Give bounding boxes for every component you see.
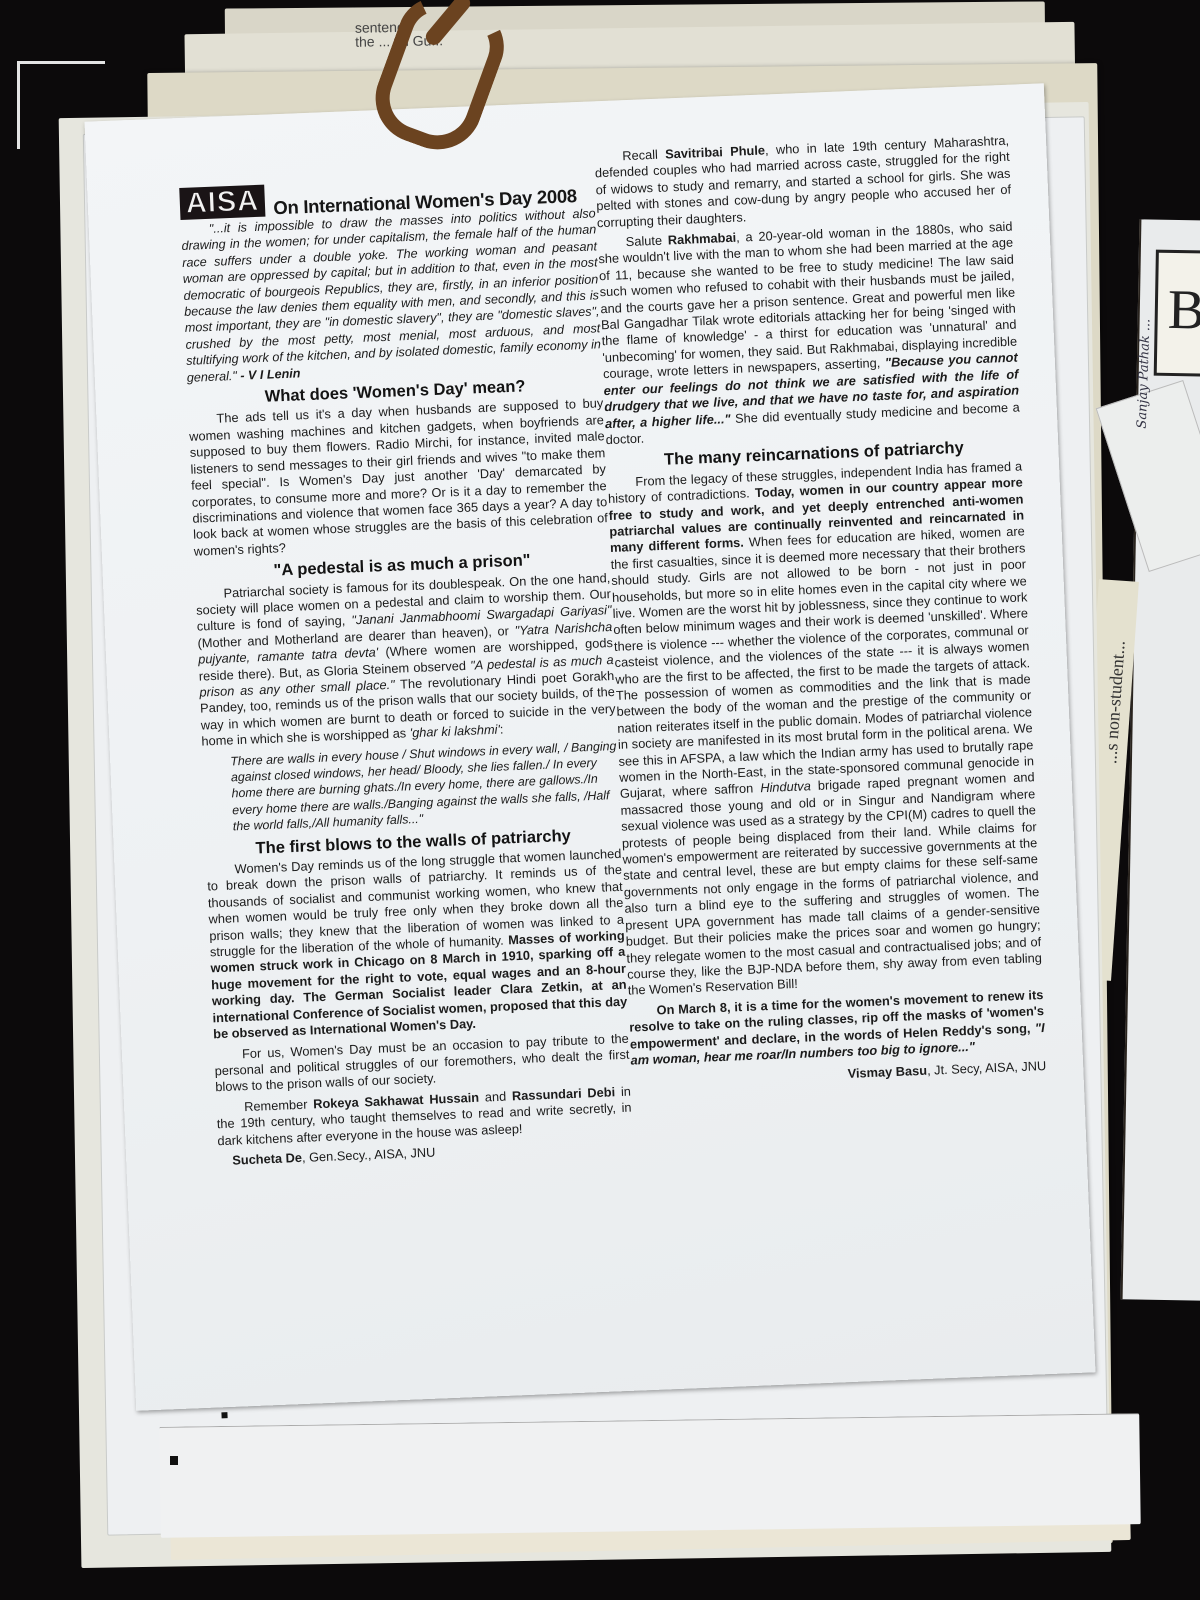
aisa-logo: AISA — [179, 185, 266, 220]
poem-excerpt: There are walls in every house / Shut wi… — [202, 738, 620, 837]
section-paragraph: The ads tell us it's a day when husbands… — [188, 396, 609, 560]
ink-spot — [221, 1412, 227, 1418]
section-paragraph: On March 8, it is a time for the women's… — [628, 987, 1045, 1069]
stacked-paper — [159, 1413, 1140, 1538]
section-paragraph: Salute Rakhmabai, a 20-year-old woman in… — [597, 219, 1020, 449]
pamphlet-page: AISA On International Women's Day 2008 "… — [85, 83, 1096, 1410]
section-paragraph: From the legacy of these struggles, inde… — [607, 458, 1043, 999]
right-column: Recall Savitribai Phule, who in late 19t… — [594, 133, 1046, 1092]
section-paragraph: Women's Day reminds us of the long strug… — [206, 846, 628, 1043]
section-paragraph: Patriarchal society is famous for its do… — [195, 570, 616, 751]
left-column: AISA On International Women's Day 2008 "… — [179, 171, 633, 1169]
section-paragraph: Recall Savitribai Phule, who in late 19t… — [594, 133, 1012, 232]
ink-spot — [170, 1456, 178, 1465]
background-card: B — [1121, 219, 1200, 1300]
handwritten-tag: Sanjay Pathak ... — [1096, 380, 1200, 572]
epigraph-attribution: - V I Lenin — [237, 366, 301, 383]
boxed-letter: B — [1154, 250, 1200, 377]
epigraph: "...it is impossible to draw the masses … — [181, 205, 602, 386]
